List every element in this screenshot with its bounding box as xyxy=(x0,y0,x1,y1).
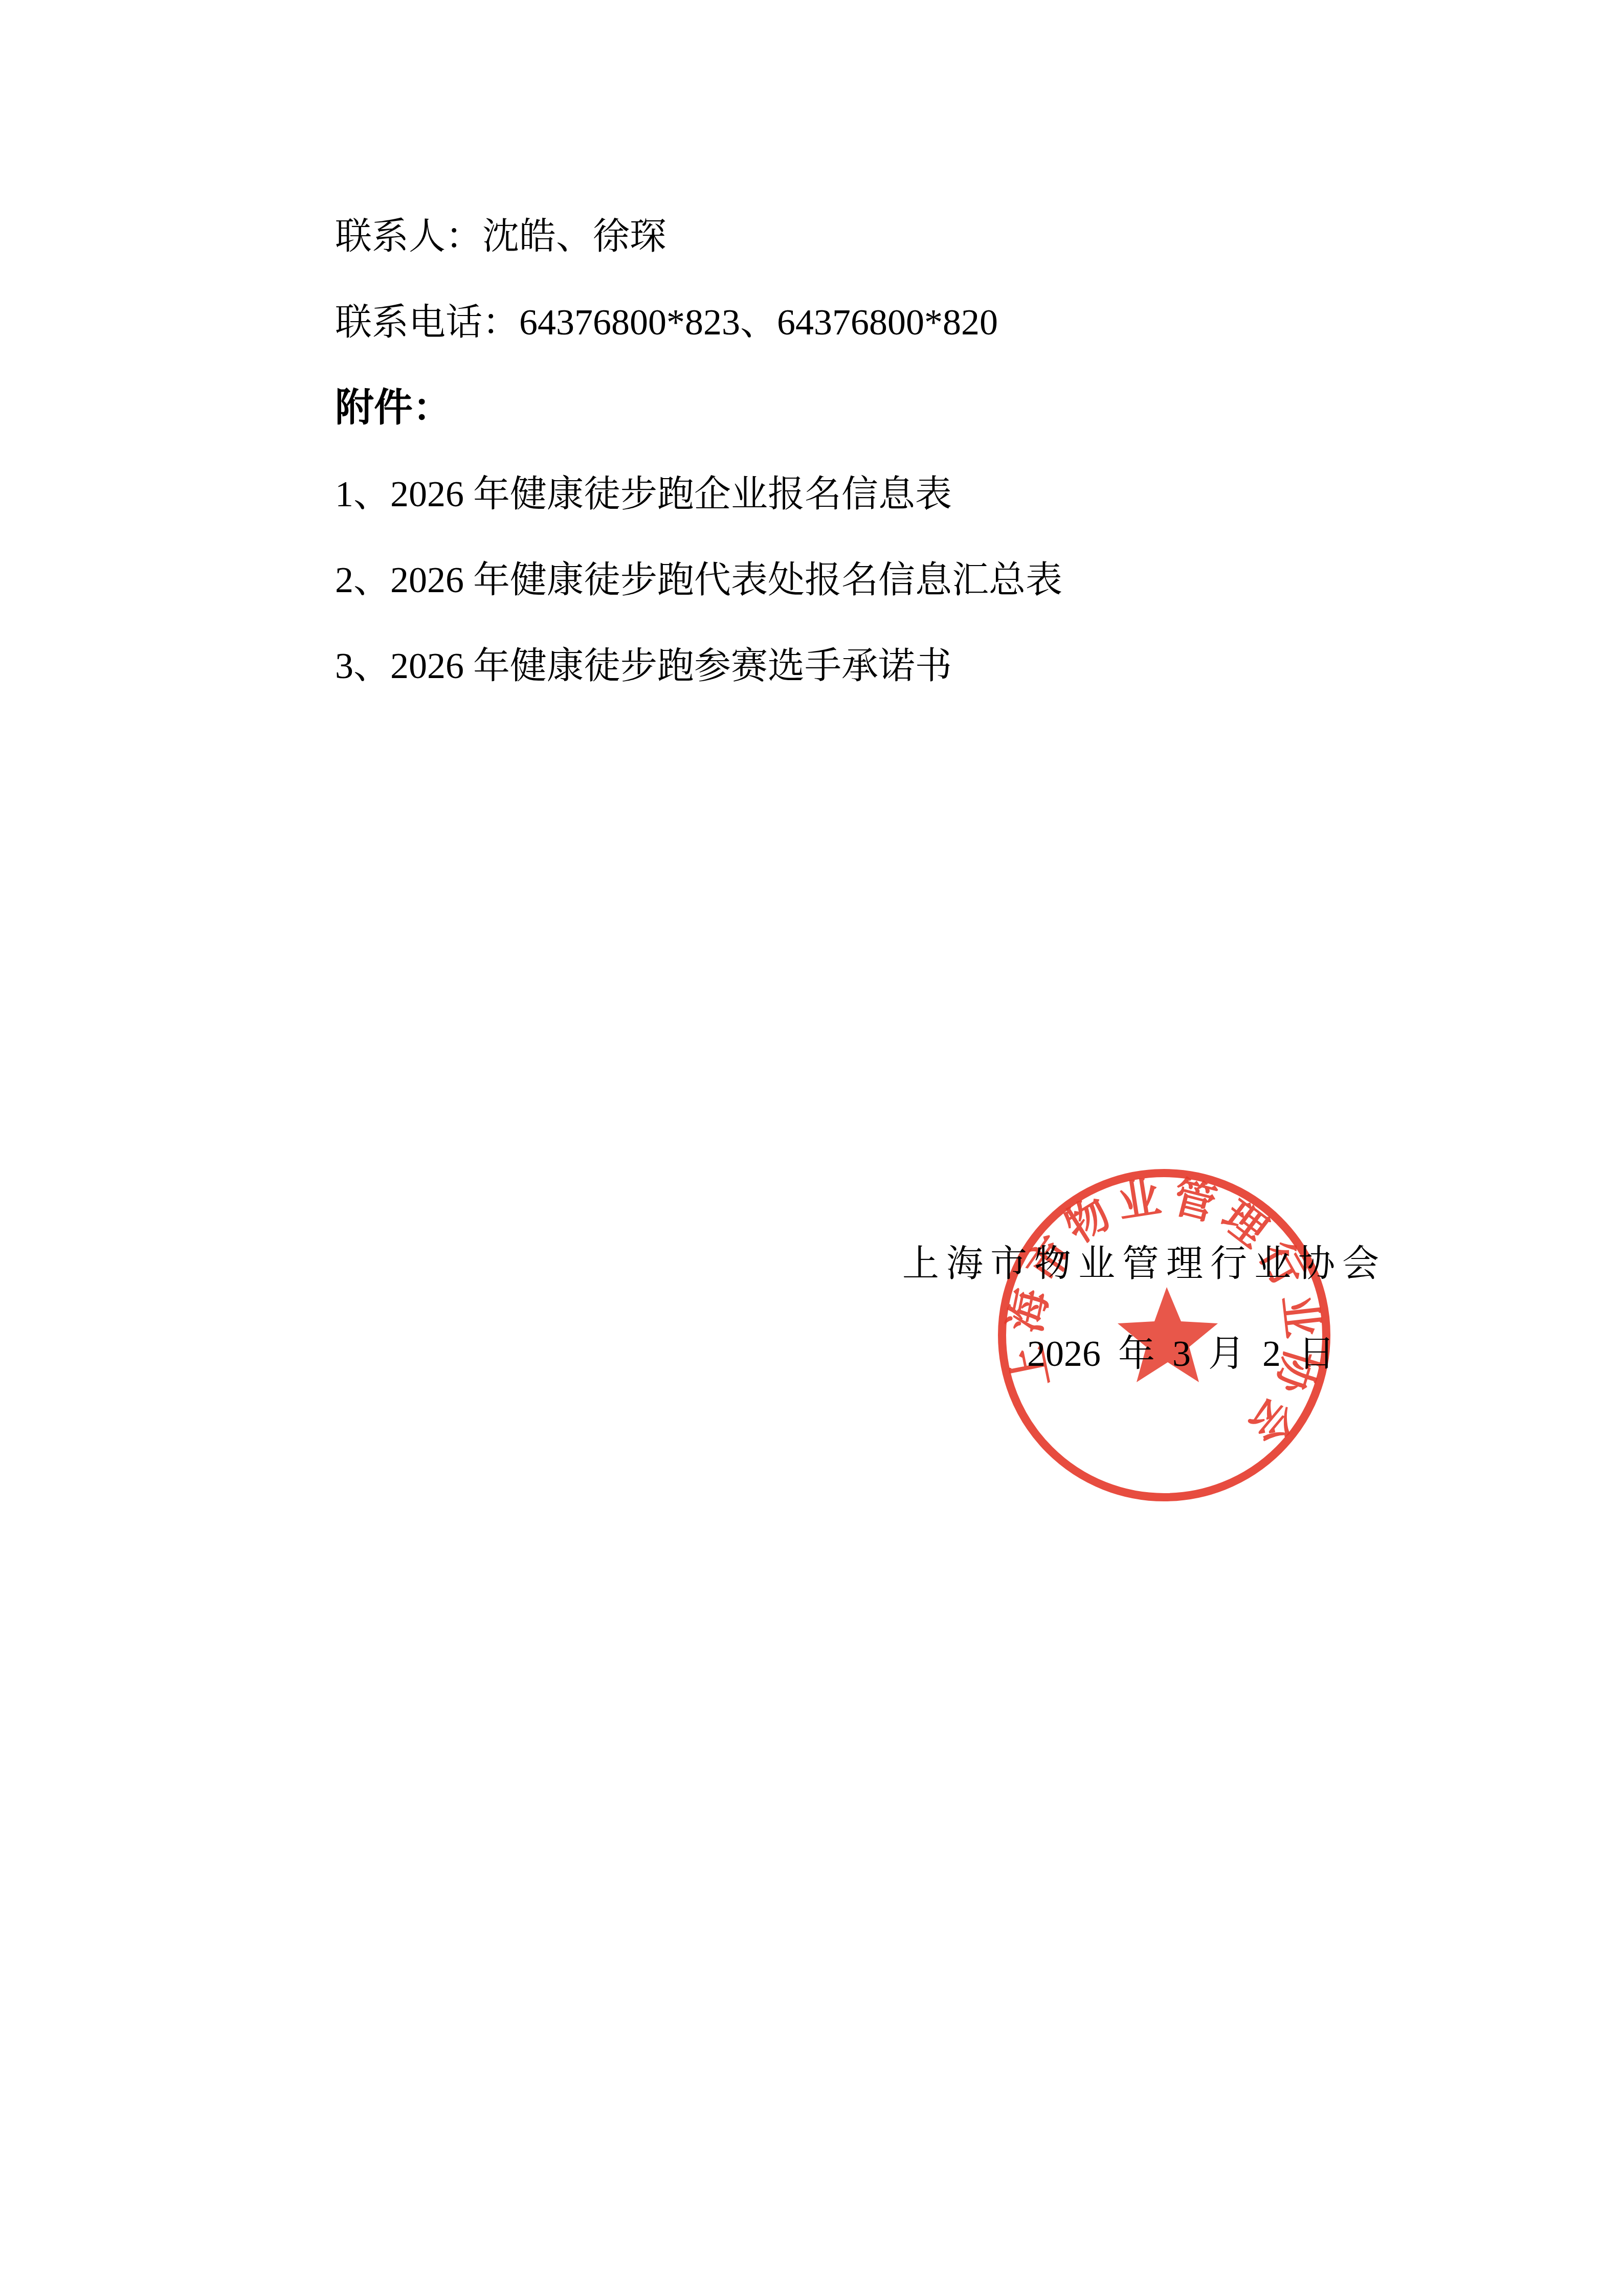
document-page: 联系人：沈皓、徐琛 联系电话：64376800*823、64376800*820… xyxy=(0,0,1624,2296)
signature-organization: 上海市物业管理行业协会 xyxy=(902,1233,1386,1287)
contact-person-line: 联系人：沈皓、徐琛 xyxy=(335,193,1471,279)
signature-date: 2026 年 3 月 2 日 xyxy=(1027,1323,1335,1377)
contact-phone-line: 联系电话：64376800*823、64376800*820 xyxy=(335,279,1471,365)
body-text-block: 联系人：沈皓、徐琛 联系电话：64376800*823、64376800*820… xyxy=(335,193,1471,709)
attachment-item-1: 1、2026 年健康徒步跑企业报名信息表 xyxy=(335,451,1471,537)
attachment-item-2: 2、2026 年健康徒步跑代表处报名信息汇总表 xyxy=(335,537,1471,623)
attachments-heading: 附件： xyxy=(335,365,1471,451)
attachment-item-3: 3、2026 年健康徒步跑参赛选手承诺书 xyxy=(335,623,1471,709)
